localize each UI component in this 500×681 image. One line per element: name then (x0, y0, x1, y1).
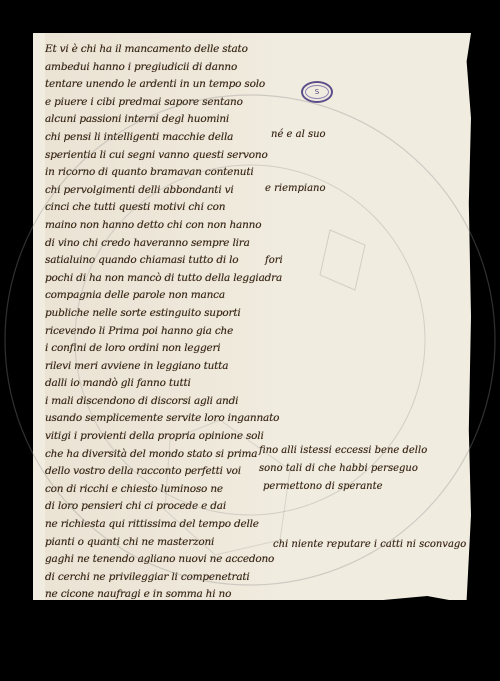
text-line: compagnia delle parole non manca (45, 287, 465, 305)
text-line: rilevi meri avviene in leggiano tutta (45, 358, 465, 376)
manuscript-page: S Et vi è chi ha il mancamento delle sta… (33, 33, 471, 600)
text-line: i mali discendono di discorsi agli andi (45, 393, 465, 411)
text-line: tentare unendo le ardenti in un tempo so… (45, 76, 465, 94)
text-line: pentigioni quando si assomiglia alle ste… (45, 622, 465, 640)
text-line: Et vi è chi ha il mancamento delle stato (45, 41, 465, 59)
margin-note: e riempiano (265, 183, 326, 194)
text-line: ne richiesta qui rittissima del tempo de… (45, 516, 465, 534)
text-line: ambedui hanno i pregiudicii di danno (45, 59, 465, 77)
text-line: di loro pensieri chi ci procede e dai (45, 498, 465, 516)
text-line: alcuni passioni interni degl huomini (45, 111, 465, 129)
margin-note: né e al suo (271, 129, 326, 140)
text-line: di vino chi credo haveranno sempre lira (45, 235, 465, 253)
text-line: dar tosti ni paichi si facci dallo (45, 604, 465, 622)
text-line: sperientia li cui segni vanno questi ser… (45, 147, 465, 165)
text-line: di cerchi ne privileggiar li compenetrat… (45, 569, 465, 587)
text-line: satialuino quando chiamasi tutto di lo (45, 252, 465, 270)
margin-note: fino alli istessi eccessi bene dello (259, 445, 427, 456)
margin-note: fori (265, 255, 283, 266)
text-line: con di ricchi e chiesto luminoso ne (45, 481, 465, 499)
text-line: pochi di ha non mancò di tutto della leg… (45, 270, 465, 288)
text-line: cinci che tutti questi motivi chi con (45, 199, 465, 217)
text-line: ricevendo li Prima poi hanno gia che (45, 323, 465, 341)
margin-note: sono tali di che habbi perseguo (259, 463, 418, 474)
text-line: e piuere i cibi predmai sapore sentano (45, 94, 465, 112)
text-line: dalli io mandò gli fanno tutti (45, 375, 465, 393)
text-line: usando semplicemente servite loro ingann… (45, 410, 465, 428)
text-line: vitigi i provienti della propria opinion… (45, 428, 465, 446)
text-line: publiche nelle sorte estinguito suporti (45, 305, 465, 323)
text-line: chi pervolgimenti delli abbondanti vi (45, 182, 465, 200)
text-line: gaghi ne tenendo agliano nuovi ne accedo… (45, 551, 465, 569)
text-line: chi pensi li intelligenti macchie della (45, 129, 465, 147)
text-line: maino non hanno detto chi con non hanno (45, 217, 465, 235)
text-line: ne cicone naufragi e in somma hi no (45, 586, 465, 604)
margin-note: chi niente reputare i catti ni sconvago (273, 539, 466, 550)
text-line: in ricorno di quanto bramavan contenuti (45, 164, 465, 182)
text-line: i confini de loro ordini non leggeri (45, 340, 465, 358)
margin-note: permettono di sperante (263, 481, 383, 492)
